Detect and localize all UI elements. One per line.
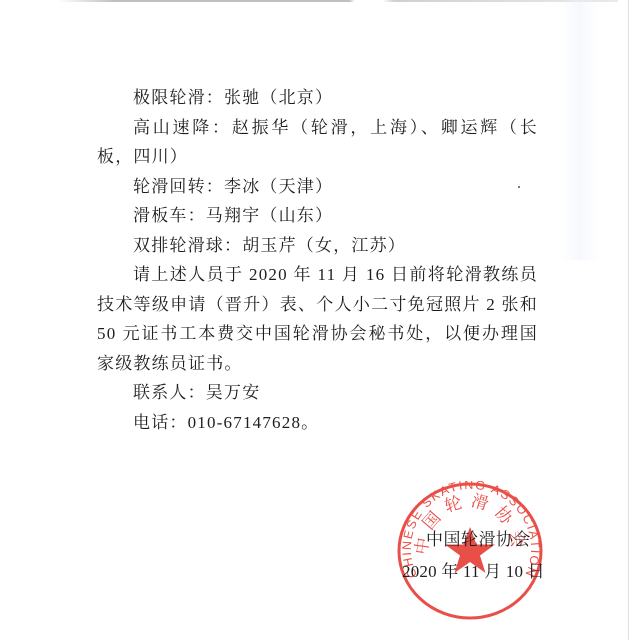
signature-organization: 中国轮滑协会 <box>402 524 542 556</box>
scan-speck <box>518 186 520 188</box>
signature-block: 中国轮滑协会 2020 年 11 月 10 日 <box>402 524 542 588</box>
line-downhill: 高山速降：赵振华（轮滑，上海）、卿运辉（长板，四川） <box>97 113 538 172</box>
contact-phone: 电话：010-67147628。 <box>97 408 538 438</box>
signature-date: 2020 年 11 月 10 日 <box>402 556 542 588</box>
scan-top-edge <box>58 0 618 2</box>
line-inline-hockey: 双排轮滑球：胡玉芹（女，江苏） <box>97 231 538 261</box>
notice-paragraph: 请上述人员于 2020 年 11 月 16 日前将轮滑教练员技术等级申请（晋升）… <box>97 260 538 378</box>
scan-shade <box>560 0 600 260</box>
scan-right-edge <box>628 0 629 640</box>
line-slalom: 轮滑回转：李冰（天津） <box>97 172 538 202</box>
line-extreme-skating: 极限轮滑：张驰（北京） <box>97 83 538 113</box>
line-scooter: 滑板车：马翔宇（山东） <box>97 201 538 231</box>
document-body: 极限轮滑：张驰（北京） 高山速降：赵振华（轮滑，上海）、卿运辉（长板，四川） 轮… <box>97 83 538 437</box>
contact-person: 联系人：吴万安 <box>97 378 538 408</box>
